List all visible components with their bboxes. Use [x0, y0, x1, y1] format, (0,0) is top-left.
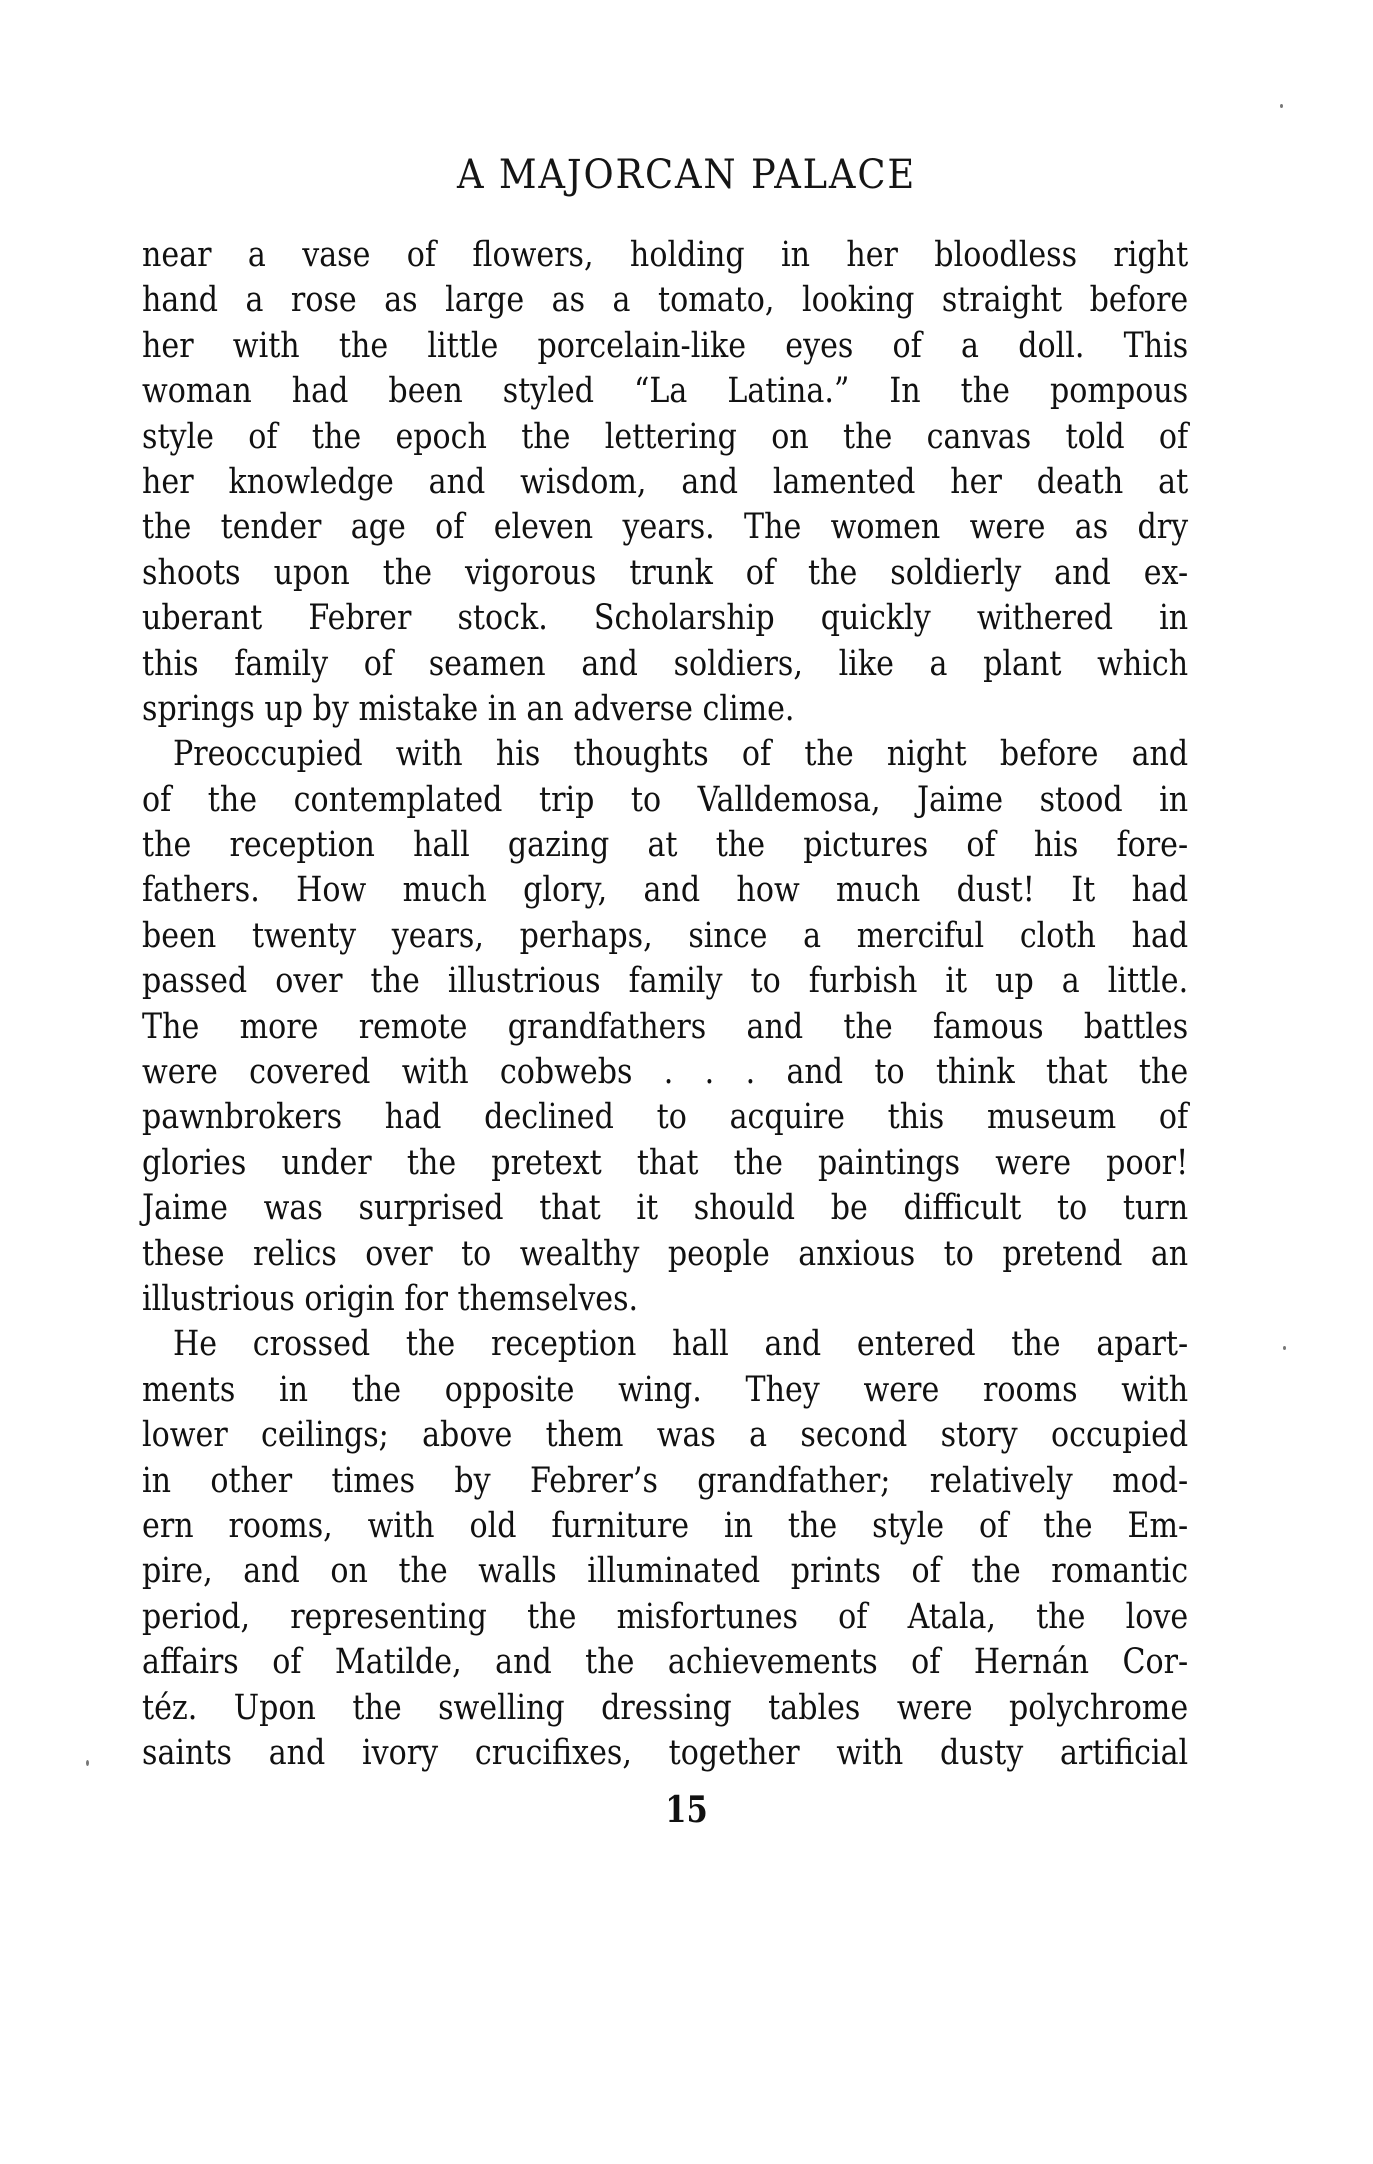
text-line: her with the little porcelain-like eyes …: [142, 324, 1188, 369]
text-line: these relics over to wealthy people anxi…: [142, 1232, 1188, 1277]
page-number: 15: [103, 1788, 1270, 1832]
text-line: passed over the illustrious family to fu…: [142, 959, 1188, 1004]
text-line: period, representing the misfortunes of …: [142, 1595, 1188, 1640]
text-line: woman had been styled “La Latina.” In th…: [142, 369, 1188, 414]
running-head: A MAJORCAN PALACE: [55, 150, 1318, 200]
book-page: A MAJORCAN PALACE near a vase of flowers…: [0, 0, 1373, 2164]
text-line: The more remote grandfathers and the fam…: [142, 1005, 1188, 1050]
text-line: Jaime was surprised that it should be di…: [142, 1186, 1188, 1231]
text-line: ern rooms, with old furniture in the sty…: [142, 1504, 1188, 1549]
text-line: style of the epoch the lettering on the …: [142, 415, 1188, 460]
text-line: pire, and on the walls illuminated print…: [142, 1549, 1188, 1594]
text-line: were covered with cobwebs . . . and to t…: [142, 1050, 1188, 1095]
scan-speck: [86, 1760, 89, 1766]
text-line: been twenty years, perhaps, since a merc…: [142, 914, 1188, 959]
text-line: springs up by mistake in an adverse clim…: [142, 687, 1188, 732]
text-line: ments in the opposite wing. They were ro…: [142, 1368, 1188, 1413]
text-line: near a vase of flowers, holding in her b…: [142, 233, 1188, 278]
text-line: shoots upon the vigorous trunk of the so…: [142, 551, 1188, 596]
text-line: fathers. How much glory, and how much du…: [142, 868, 1188, 913]
text-line: of the contemplated trip to Valldemosa, …: [142, 778, 1188, 823]
text-line: the reception hall gazing at the picture…: [142, 823, 1188, 868]
text-line: He crossed the reception hall and entere…: [142, 1322, 1188, 1367]
text-line: in other times by Febrer’s grandfather; …: [142, 1459, 1188, 1504]
scan-speck: [1283, 1346, 1286, 1350]
text-line: saints and ivory crucifixes, together wi…: [142, 1731, 1188, 1776]
text-line: illustrious origin for themselves.: [142, 1277, 1188, 1322]
text-line: uberant Febrer stock. Scholarship quickl…: [142, 596, 1188, 641]
text-line: her knowledge and wisdom, and lamented h…: [142, 460, 1188, 505]
text-line: téz. Upon the swelling dressing tables w…: [142, 1686, 1188, 1731]
paragraph: He crossed the reception hall and entere…: [142, 1322, 1188, 1776]
text-line: glories under the pretext that the paint…: [142, 1141, 1188, 1186]
scan-speck: [1280, 104, 1283, 108]
text-line: affairs of Matilde, and the achievements…: [142, 1640, 1188, 1685]
text-line: hand a rose as large as a tomato, lookin…: [142, 278, 1188, 323]
text-line: the tender age of eleven years. The wome…: [142, 505, 1188, 550]
body-text: near a vase of flowers, holding in her b…: [142, 233, 1188, 1776]
paragraph: near a vase of flowers, holding in her b…: [142, 233, 1188, 732]
text-line: this family of seamen and soldiers, like…: [142, 642, 1188, 687]
text-line: pawnbrokers had declined to acquire this…: [142, 1095, 1188, 1140]
text-line: lower ceilings; above them was a second …: [142, 1413, 1188, 1458]
text-line: Preoccupied with his thoughts of the nig…: [142, 732, 1188, 777]
paragraph: Preoccupied with his thoughts of the nig…: [142, 732, 1188, 1322]
